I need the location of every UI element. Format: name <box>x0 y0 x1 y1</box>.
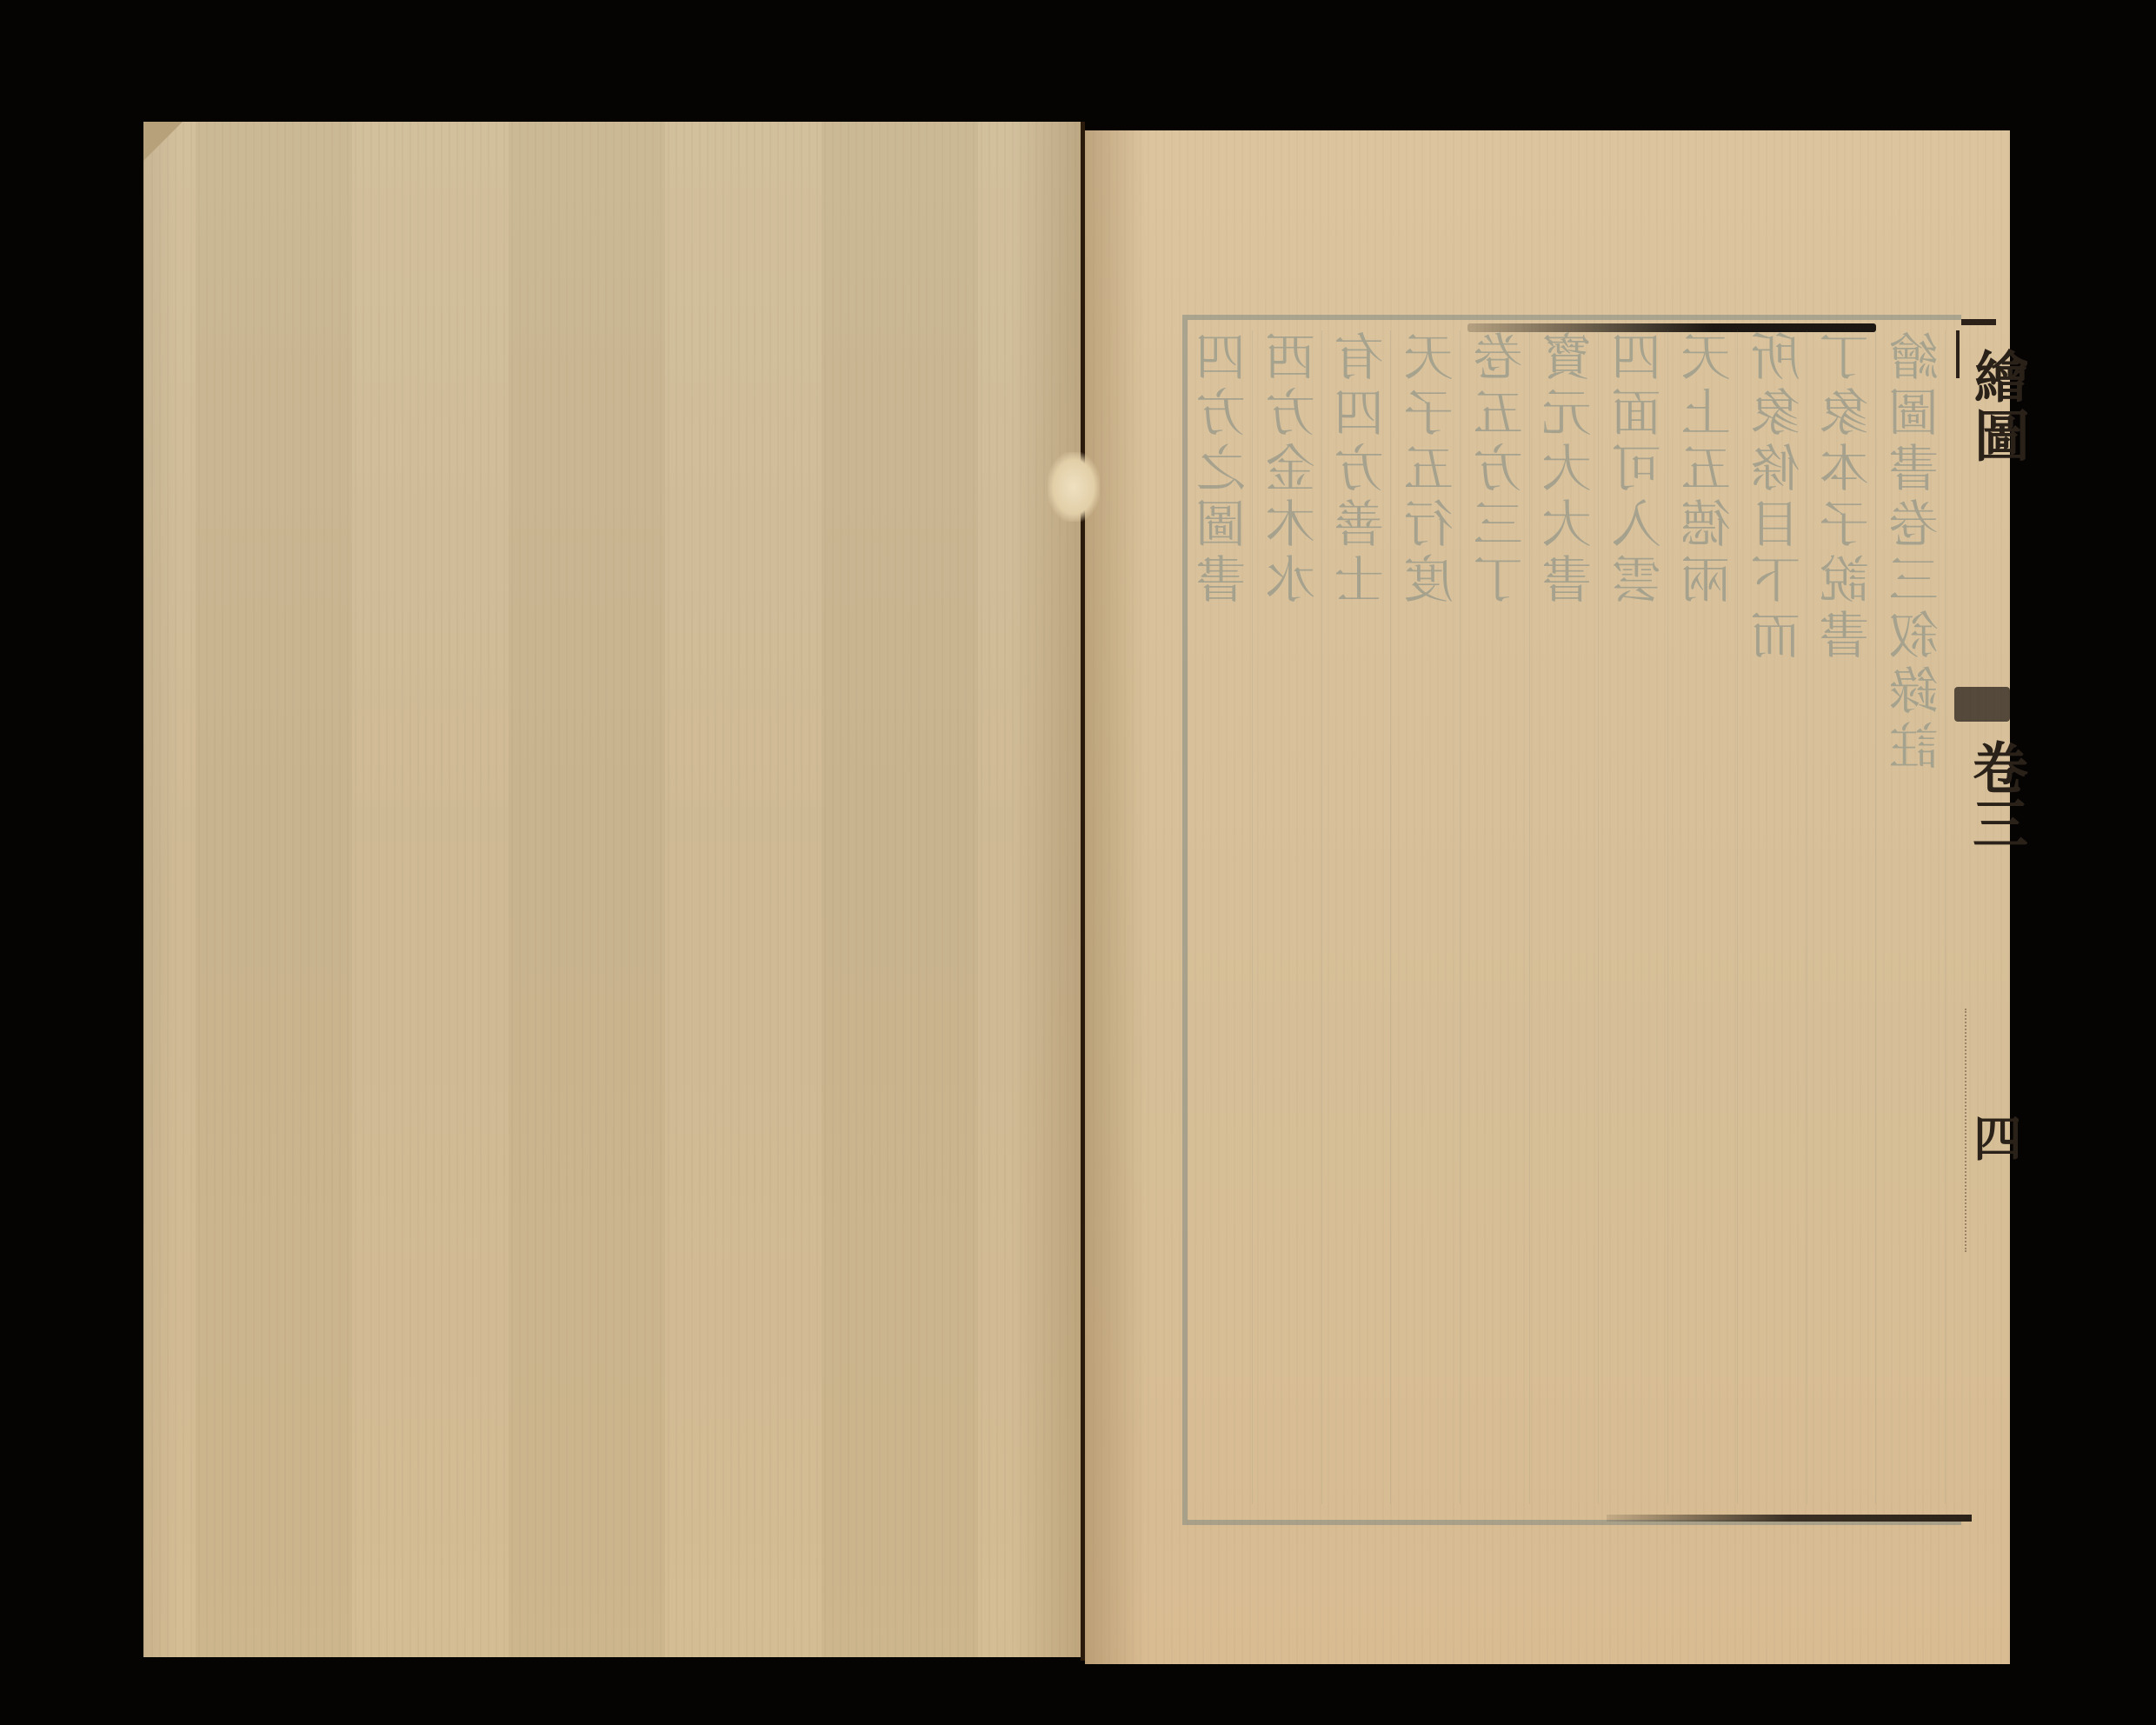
paper-band <box>822 122 978 1657</box>
text-column: 四方之圖書 <box>1198 330 1253 1504</box>
right-page: 繪圖書卷三叙錄註 丁象本子說書 所象條目下而 天上五德兩 四面可入雲 寳元大大書… <box>1085 130 2010 1664</box>
margin-title: 繪圖 <box>1966 348 2027 696</box>
margin-top-rule <box>1961 319 1996 325</box>
text-column: 繪圖書卷三叙錄註 <box>1891 330 1946 1504</box>
frame-bottom-rule <box>1607 1515 1972 1522</box>
text-column: 丁象本子說書 <box>1821 330 1876 1504</box>
black-fishtail-mark <box>1954 687 2010 722</box>
paper-band <box>509 122 665 1657</box>
text-column: 所象條目下而 <box>1753 330 1807 1504</box>
margin-dotted-line <box>1965 1009 1968 1252</box>
text-column: 西方金木水 <box>1268 330 1322 1504</box>
text-column: 寳元大大書 <box>1544 330 1599 1504</box>
margin-line <box>1956 330 1960 378</box>
book-spine <box>1081 122 1085 1661</box>
volume-label: 卷三 <box>1965 739 2026 850</box>
text-column: 天上五德兩 <box>1683 330 1738 1504</box>
paper-band <box>196 122 352 1657</box>
text-column: 卷五方三丁 <box>1475 330 1530 1504</box>
left-page <box>143 122 1082 1657</box>
text-column: 天子五行度 <box>1406 330 1461 1504</box>
text-column: 四面可入雲 <box>1614 330 1668 1504</box>
spine-paper-tear <box>1048 452 1100 522</box>
folded-corner <box>143 122 183 161</box>
folio-number: 四 <box>1975 1113 2019 1235</box>
text-column: 有四方善士 <box>1336 330 1391 1504</box>
bleed-through-text: 繪圖書卷三叙錄註 丁象本子說書 所象條目下而 天上五德兩 四面可入雲 寳元大大書… <box>1198 330 1946 1504</box>
